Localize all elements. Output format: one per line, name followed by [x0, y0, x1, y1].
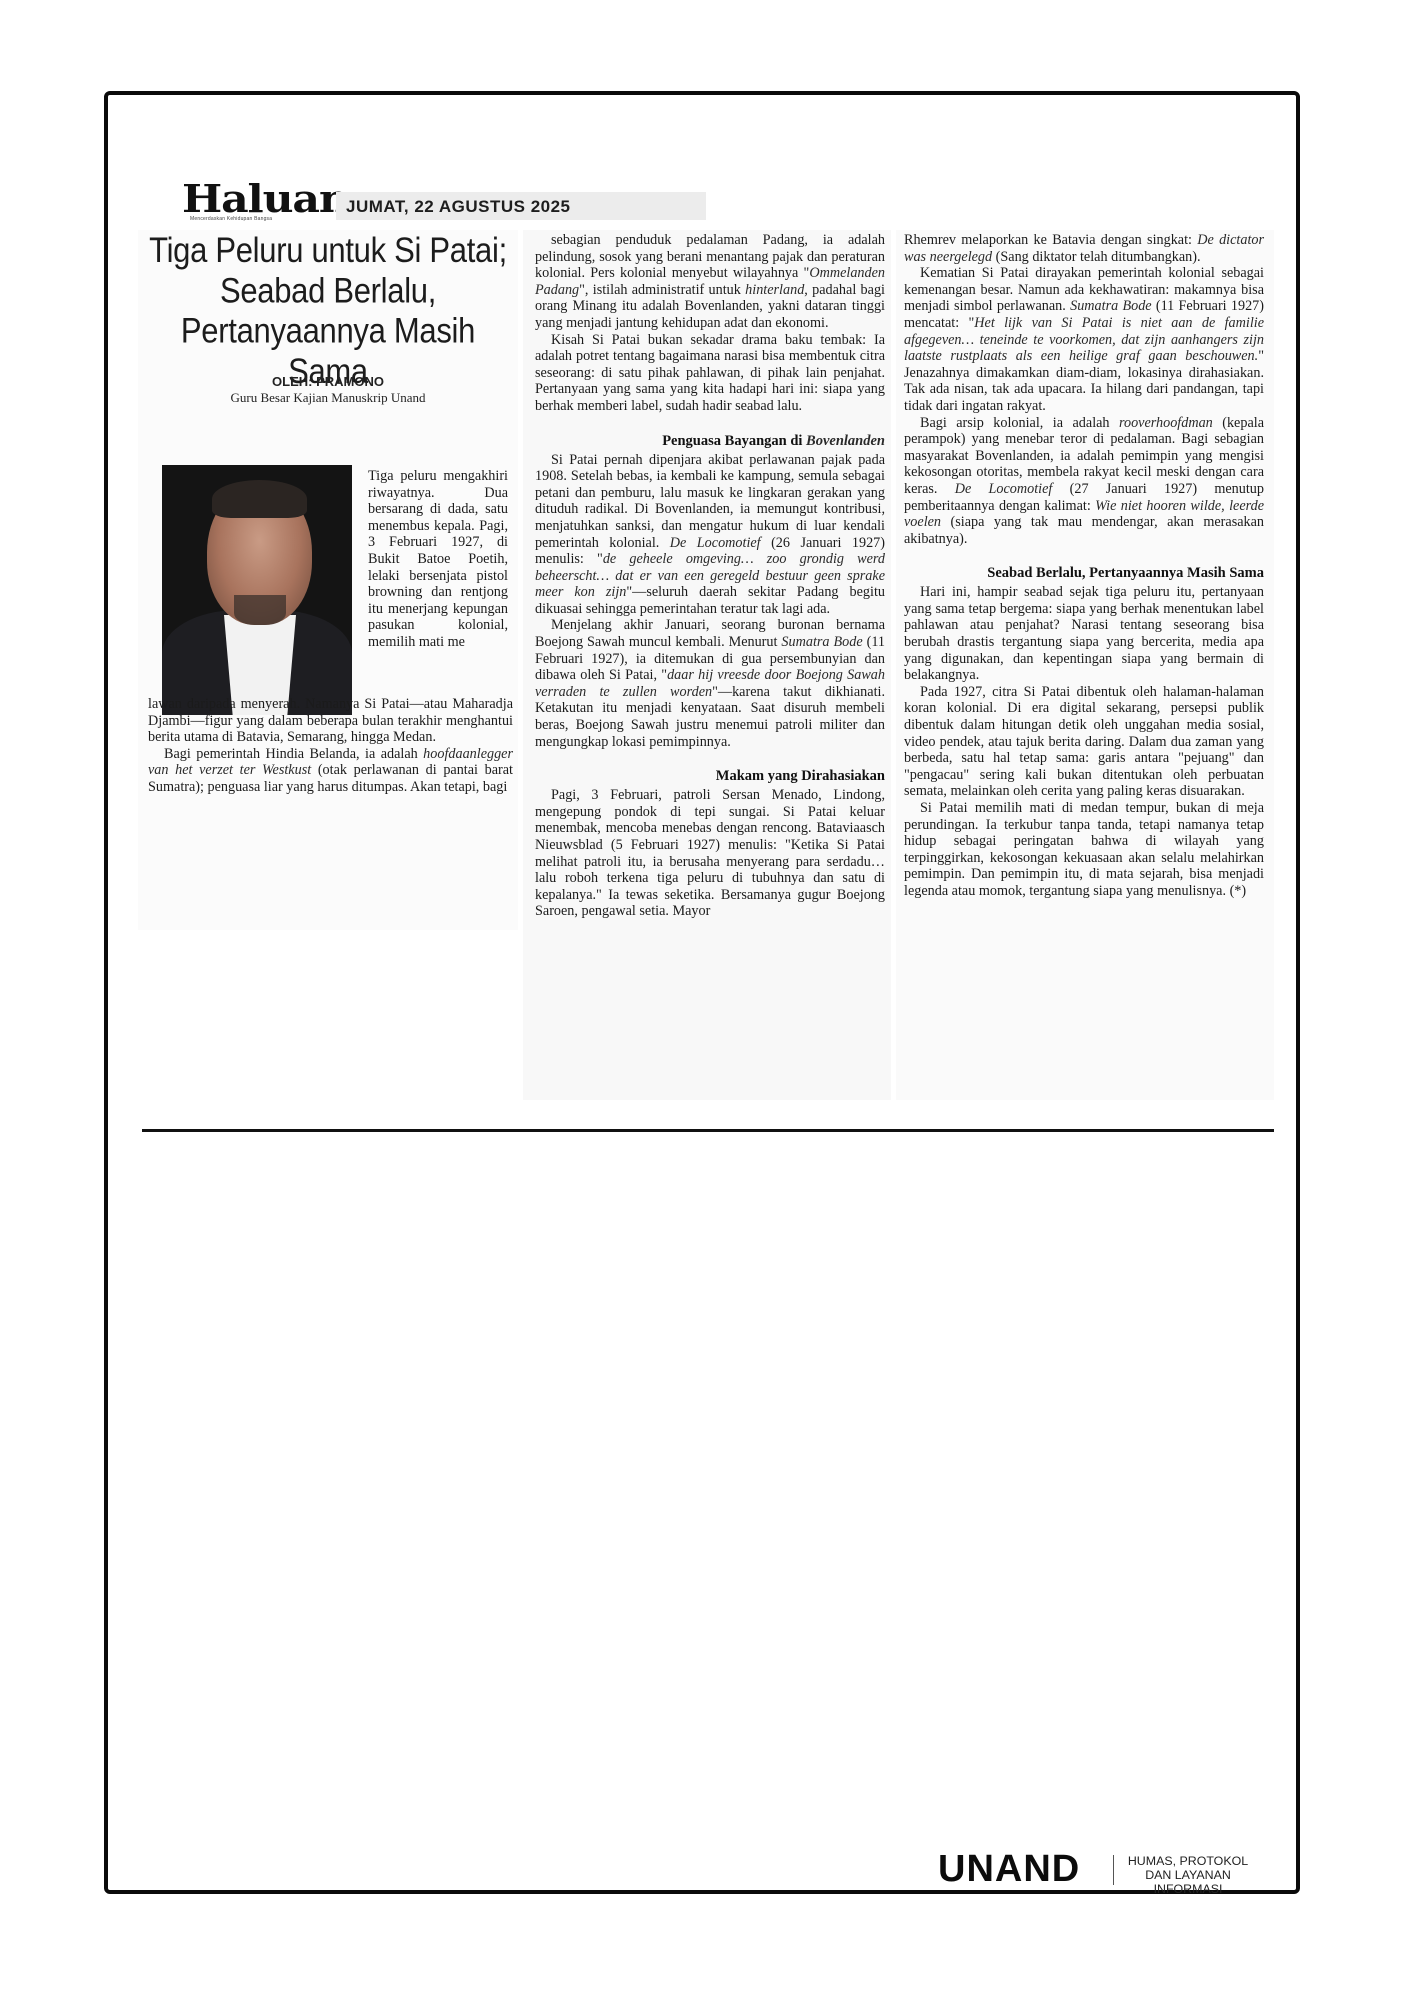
department-label: HUMAS, PROTOKOL DAN LAYANAN INFORMASI: [1118, 1854, 1258, 1896]
publication-date: JUMAT, 22 AGUSTUS 2025: [346, 197, 571, 217]
byline: OLEH: PRAMONO: [148, 374, 508, 389]
subheading: Seabad Berlalu, Pertanyaannya Masih Sama: [904, 565, 1264, 582]
text-run: Penguasa Bayangan di: [662, 433, 806, 449]
newspaper-name: Haluan: [182, 176, 349, 221]
footer-branding: UNAND HUMAS, PROTOKOL DAN LAYANAN INFORM…: [938, 1850, 1298, 1890]
paragraph: Kisah Si Patai bukan sekadar drama baku …: [535, 332, 885, 415]
paragraph: Bagi arsip kolonial, ia adalah rooverhoo…: [904, 415, 1264, 548]
photo-hair: [212, 480, 307, 518]
italic-term: De Locomotief: [670, 535, 761, 551]
paragraph: Kematian Si Patai dirayakan pemerintah k…: [904, 265, 1264, 414]
text-run: Bagi pemerintah Hindia Belanda, ia adala…: [164, 746, 423, 762]
italic-term: hinterland: [745, 282, 804, 298]
subheading: Penguasa Bayangan di Bovenlanden: [535, 433, 885, 450]
column-middle-text: sebagian penduduk pedalaman Padang, ia a…: [535, 232, 885, 920]
department-line: HUMAS, PROTOKOL: [1118, 1854, 1258, 1868]
italic-term: Sumatra Bode: [1070, 298, 1152, 314]
paragraph: Pagi, 3 Februari, patroli Sersan Menado,…: [535, 787, 885, 920]
headline-line: Seabad Berlalu,: [148, 270, 508, 310]
column-right: Rhemrev melaporkan ke Batavia dengan sin…: [896, 230, 1274, 1100]
date-band: JUMAT, 22 AGUSTUS 2025: [336, 192, 706, 220]
paragraph: Menjelang akhir Januari, seorang buronan…: [535, 617, 885, 750]
newspaper-logo: Haluan Mencerdaskan Kehidupan Bangsa: [178, 178, 333, 226]
italic-term: Sumatra Bode: [781, 634, 862, 650]
paragraph: lawan daripada menyerah. Namanya Si Pata…: [148, 696, 513, 746]
article-headline: Tiga Peluru untuk Si Patai; Seabad Berla…: [148, 230, 508, 391]
paragraph: Pada 1927, citra Si Patai dibentuk oleh …: [904, 684, 1264, 800]
intro-continued: lawan daripada menyerah. Namanya Si Pata…: [148, 696, 513, 796]
headline-line: Tiga Peluru untuk Si Patai;: [148, 230, 508, 270]
newspaper-clipping: Haluan Mencerdaskan Kehidupan Bangsa JUM…: [138, 170, 1278, 1100]
paragraph: Hari ini, hampir seabad sejak tiga pelur…: [904, 584, 1264, 684]
newspaper-tagline: Mencerdaskan Kehidupan Bangsa: [190, 216, 272, 222]
paragraph: Si Patai pernah dipenjara akibat perlawa…: [535, 452, 885, 618]
author-photo: [162, 465, 352, 715]
italic-term: De Locomotief: [955, 481, 1053, 497]
paragraph: Bagi pemerintah Hindia Belanda, ia adala…: [148, 746, 513, 796]
column-middle: sebagian penduduk pedalaman Padang, ia a…: [523, 230, 891, 1100]
italic-term: Bovenlanden: [806, 433, 885, 449]
text-run: ", istilah administratif untuk: [579, 282, 745, 298]
unand-logo: UNAND: [938, 1850, 1080, 1888]
subheading: Makam yang Dirahasiakan: [535, 768, 885, 785]
photo-beard: [234, 595, 286, 625]
text-run: Bagi arsip kolonial, ia adalah: [920, 415, 1119, 431]
intro-wrap-text: Tiga peluru mengakhiri riwayatnya. Dua b…: [368, 468, 508, 651]
logo-separator: [1113, 1855, 1114, 1885]
text-run: (Sang diktator telah ditumbangkan).: [992, 249, 1200, 265]
paragraph: Tiga peluru mengakhiri riwayatnya. Dua b…: [368, 468, 508, 651]
column-left: Tiga Peluru untuk Si Patai; Seabad Berla…: [138, 230, 518, 930]
paragraph: Si Patai memilih mati di medan tempur, b…: [904, 800, 1264, 900]
text-run: (siapa yang tak mau mendengar, akan mera…: [904, 514, 1264, 547]
paragraph: sebagian penduduk pedalaman Padang, ia a…: [535, 232, 885, 332]
horizontal-divider: [142, 1129, 1274, 1132]
masthead: Haluan Mencerdaskan Kehidupan Bangsa JUM…: [178, 178, 713, 226]
column-right-text: Rhemrev melaporkan ke Batavia dengan sin…: [904, 232, 1264, 900]
italic-term: rooverhoofdman: [1119, 415, 1213, 431]
author-title: Guru Besar Kajian Manuskrip Unand: [148, 390, 508, 406]
paragraph: Rhemrev melaporkan ke Batavia dengan sin…: [904, 232, 1264, 265]
text-run: Rhemrev melaporkan ke Batavia dengan sin…: [904, 232, 1197, 248]
department-line: DAN LAYANAN INFORMASI: [1118, 1868, 1258, 1896]
